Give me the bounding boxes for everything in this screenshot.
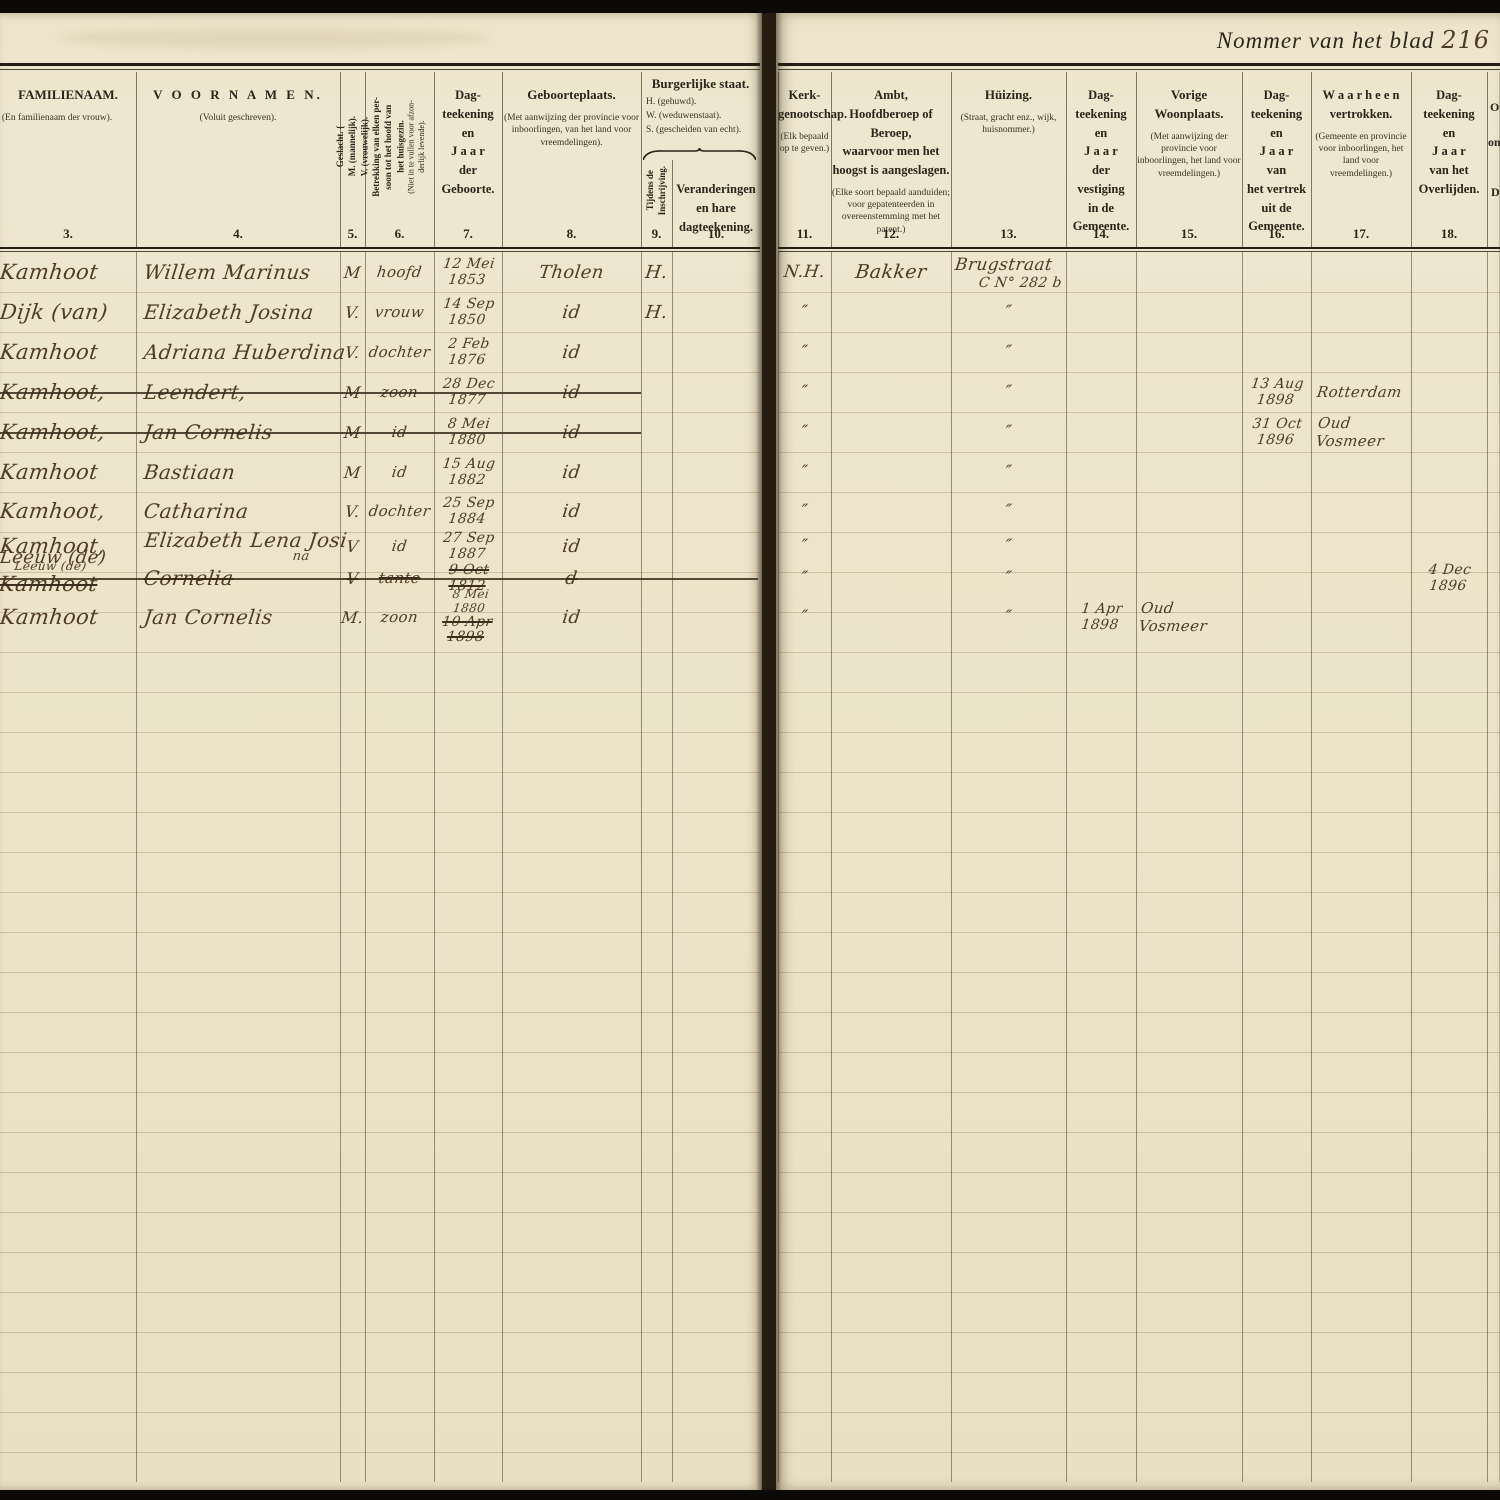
column-title-line: genootschap. <box>778 105 831 124</box>
column-subtitle: (Met aanwijzing der provincie voor inboo… <box>502 112 641 149</box>
column-header-12: Ambt,Hoofdberoep ofBeroep,waarvoor men h… <box>831 72 951 247</box>
column-title-line: Ambt, <box>831 86 951 105</box>
cell-r8-c7: 27 Sep 1887 <box>432 530 504 562</box>
header-top-rule2-right <box>778 69 1500 70</box>
entry-struck: Kamhoot <box>0 573 99 596</box>
cell-r2-c7: 14 Sep 1850 <box>432 292 505 332</box>
cell-r6-c8: id <box>500 452 644 492</box>
column-19-text: De <box>1491 185 1500 199</box>
cell-r2-c3: Dijk (van) <box>0 292 138 332</box>
entry-text: 27 Sep 1887 <box>432 530 504 562</box>
entry-correction: 8 Mei 1880 <box>434 588 505 614</box>
column-header-vtext: M. (mannelijk). <box>346 116 358 176</box>
strike-line-r9 <box>0 578 758 580</box>
column-number: 10. <box>672 226 760 242</box>
header-top-rule-right <box>778 63 1500 66</box>
entry-text: id <box>561 536 582 557</box>
cell-r10-c4: Jan Cornelis <box>133 594 351 640</box>
column-title-line: Veranderingen <box>672 180 760 199</box>
entry-text: 1 Apr 1898 <box>1064 601 1138 633</box>
entry-text: ″ <box>800 302 809 322</box>
entry-text: Dijk (van) <box>0 300 109 324</box>
column-title-line: der <box>434 161 502 180</box>
entry-line: Brugstraat <box>954 255 1065 275</box>
entry-text: 25 Sep 1884 <box>432 495 504 527</box>
header-bottom-rule-right <box>778 247 1500 249</box>
column-line-body-c12 <box>831 252 832 1482</box>
entry-text: Tholen <box>538 262 605 283</box>
page-number-label: Nommer van het blad <box>1217 28 1435 53</box>
entry-text: id <box>561 302 582 323</box>
column-title-line: en <box>1242 124 1311 143</box>
entry-text: Kamhoot <box>0 260 100 284</box>
entry-struck: 10 Apr 1898 <box>430 615 502 646</box>
column-number: 3. <box>0 226 136 242</box>
header-top-rule-left <box>0 63 760 66</box>
cell-r10-c8: id <box>499 594 644 640</box>
entry-text: N.H. <box>783 262 826 282</box>
column-title-line: in de <box>1066 199 1136 218</box>
entry-text: id <box>561 342 582 363</box>
cell-r3-c4: Adriana Huberdina <box>134 332 351 372</box>
entry-text: ″ <box>1004 302 1013 322</box>
column-title-line: W a a r h e e n <box>1311 86 1411 105</box>
column-title-line: teekening <box>1066 105 1136 124</box>
cell-r6-c11: ″ <box>776 452 834 492</box>
column-title: FAMILIENAAM. <box>0 86 136 105</box>
entry-text: ″ <box>1004 462 1013 482</box>
cell-r7-c8: id <box>500 492 644 530</box>
column-title-line: teekening <box>1242 105 1311 124</box>
group-header-burgerlijke-staat: Burgerlijke staat.H. (gehuwd).W. (weduwe… <box>641 72 760 160</box>
column-header-13: Hüizing.(Straat, gracht enz., wijk, huis… <box>951 72 1066 247</box>
column-subtitle: (Gemeente en provincie voor inboorlingen… <box>1311 131 1411 180</box>
cell-r6-c3: Kamhoot <box>0 452 138 492</box>
cell-r10-c6: zoon <box>362 594 437 640</box>
entry-text: zoon <box>380 608 419 626</box>
column-number: 4. <box>136 226 340 242</box>
entry-text: V. <box>344 502 361 521</box>
entry-text: Rotterdam <box>1316 383 1403 401</box>
entry-text: V <box>345 537 359 556</box>
cell-r2-c13: ″ <box>949 292 1069 332</box>
cell-r3-c7: 2 Feb 1876 <box>432 332 505 372</box>
row-rules-right <box>778 292 1500 1482</box>
cell-r2-c11: ″ <box>776 292 834 332</box>
entry-text: ″ <box>800 422 809 442</box>
column-header-8: Geboorteplaats.(Met aanwijzing der provi… <box>502 72 641 247</box>
cell-r10-c3: Kamhoot <box>0 594 139 640</box>
cell-r1-c11: N.H. <box>776 252 834 292</box>
entry-text: M <box>343 263 362 282</box>
cell-r2-c4: Elizabeth Josina <box>134 292 351 332</box>
entry-text: ″ <box>1004 422 1013 442</box>
column-header-6: Betrekking van elken per-soon tot het ho… <box>365 72 434 247</box>
cell-r3-c3: Kamhoot <box>0 332 138 372</box>
cell-r8-c6: id <box>363 530 436 562</box>
entry-text: Elizabeth Josina <box>143 300 316 324</box>
entry-text: id <box>391 537 408 555</box>
column-title-line: Kerk- <box>778 86 831 105</box>
cell-r1-c9: H. <box>639 252 675 292</box>
cell-r1-c8: Tholen <box>500 252 644 292</box>
column-number: 12. <box>831 226 951 242</box>
column-line-body-c19 <box>1487 252 1488 1482</box>
cell-r2-c9: H. <box>639 292 675 332</box>
cell-r7-c6: dochter <box>363 492 437 530</box>
ink-bleed-ghost <box>60 28 490 48</box>
column-header-16: Dag-teekeningenJ a a rvanhet vertrekuit … <box>1242 72 1311 247</box>
entry-text: ″ <box>1004 607 1013 627</box>
column-subtitle: (Straat, gracht enz., wijk, huisnommer.) <box>951 112 1066 137</box>
column-title-line: vertrokken. <box>1311 105 1411 124</box>
column-header-vnote: (Niet in te vullen voor afzon- <box>407 97 418 197</box>
column-19-text: omt <box>1488 135 1500 149</box>
column-number: 9. <box>641 226 672 242</box>
column-title-line: en hare <box>672 199 760 218</box>
column-number: 16. <box>1242 226 1311 242</box>
entry-text: 2 Feb 1876 <box>432 336 504 368</box>
entry-text: ″ <box>1004 501 1013 521</box>
header-top-rule2-left <box>0 69 760 70</box>
column-title-line: het vertrek <box>1242 180 1311 199</box>
column-subtitle: (Elk bepaald op te geven.) <box>778 131 831 156</box>
cell-r8-c11: ″ <box>776 530 833 562</box>
entry-text: Elizabeth Lena Josi <box>143 528 348 552</box>
entry-text: 13 Aug 1898 <box>1240 376 1313 408</box>
column-header-vtext: Inschrijving. <box>657 166 669 215</box>
cell-r6-c6: id <box>363 452 437 492</box>
column-header-vtext: Tijdens de <box>644 166 656 215</box>
column-header-vtext: Geslacht. { <box>334 116 346 176</box>
entry-text: Willem Marinus <box>143 260 312 284</box>
entry-replacement: Leeuw (de) <box>0 547 107 568</box>
entry-text: Oud Vosmeer <box>1315 414 1419 450</box>
cell-r5-c13: ″ <box>949 412 1069 452</box>
entry-text: ″ <box>1004 536 1013 556</box>
entry-text: ″ <box>800 536 809 556</box>
strike-line-r5 <box>0 432 641 434</box>
column-title-line: Dag- <box>1242 86 1311 105</box>
cell-r4-c13: ″ <box>949 372 1069 412</box>
column-subtitle: (Voluit geschreven). <box>136 112 340 124</box>
column-header-14: Dag-teekeningenJ a a rdervestigingin deG… <box>1066 72 1136 247</box>
entry-text: Kamhoot <box>0 460 100 484</box>
cell-r1-c13: BrugstraatC N° 282 b <box>948 252 1068 295</box>
column-title: Vorige Woonplaats. <box>1136 86 1242 124</box>
entry-text: 4 Dec 1896 <box>1409 562 1489 594</box>
column-header-vtext: soon tot het hoofd van <box>383 97 395 197</box>
cell-r6-c4: Bastiaan <box>134 452 351 492</box>
column-header-11: Kerk-genootschap.(Elk bepaald op te geve… <box>778 72 831 247</box>
column-title-line: Geboorte. <box>434 180 502 199</box>
cell-r3-c6: dochter <box>363 332 437 372</box>
entry-text: dochter <box>368 502 432 520</box>
entry-text: 14 Sep 1850 <box>432 296 504 328</box>
cell-r5-c16: 31 Oct 1896 <box>1240 412 1314 452</box>
entry-text: ″ <box>800 607 809 627</box>
entry-text: ″ <box>1004 382 1013 402</box>
column-title-line: van <box>1242 161 1311 180</box>
entry-text: Kamhoot, <box>0 499 107 523</box>
entry-text: ″ <box>800 501 809 521</box>
page-number-caption: Nommer van het blad 216 <box>1030 26 1490 54</box>
cell-r1-c12: Bakker <box>829 252 954 292</box>
entry-text: vrouw <box>374 303 425 321</box>
entry-text: id <box>561 462 582 483</box>
column-title-line: en <box>1066 124 1136 143</box>
cell-r3-c8: id <box>500 332 644 372</box>
column-number: 8. <box>502 226 641 242</box>
cell-r3-c11: ″ <box>776 332 834 372</box>
entry-text: id <box>561 607 582 628</box>
strike-line-r4 <box>0 392 641 394</box>
column-number: 14. <box>1066 226 1136 242</box>
entry-line: C N° 282 b <box>952 275 1063 291</box>
column-header-15: Vorige Woonplaats.(Met aanwijzing der pr… <box>1136 72 1242 247</box>
cell-r8-c13: ″ <box>949 530 1068 562</box>
entry-text: ″ <box>1004 342 1013 362</box>
entry-text: M. <box>340 608 365 627</box>
column-title: V O O R N A M E N. <box>136 86 340 105</box>
entry-text: Jan Cornelis <box>143 605 275 629</box>
cell-r2-c6: vrouw <box>363 292 437 332</box>
page-number-value: 216 <box>1441 26 1490 54</box>
group-brace <box>643 148 756 160</box>
column-header-4: V O O R N A M E N.(Voluit geschreven).4. <box>136 72 340 247</box>
column-header-19-fragment: De <box>1491 185 1500 200</box>
column-title-line: en <box>1411 124 1487 143</box>
cell-r1-c7: 12 Mei 1853 <box>432 252 505 292</box>
column-title-line: en <box>434 124 502 143</box>
entry-text: 15 Aug 1882 <box>432 456 504 488</box>
entry-text: Catharina <box>143 499 250 523</box>
cell-r10-c7: 8 Mei 188010 Apr 1898 <box>431 594 505 640</box>
column-title-line: hoogst is aangeslagen. <box>831 161 951 180</box>
entry-text: M <box>343 463 362 482</box>
entry-text: id <box>561 501 582 522</box>
column-line-body-c9 <box>641 252 642 1482</box>
column-title-line: uit de <box>1242 199 1311 218</box>
column-header-19-fragment: O <box>1490 100 1500 115</box>
column-number: 17. <box>1311 226 1411 242</box>
entry-text: ″ <box>800 462 809 482</box>
column-title-line: Dag- <box>1066 86 1136 105</box>
column-title-line: J a a r <box>1411 142 1487 161</box>
cell-r4-c16: 13 Aug 1898 <box>1240 372 1314 412</box>
column-title-line: Hoofdberoep of <box>831 105 951 124</box>
entry-text: ″ <box>1004 568 1013 588</box>
column-header-18: Dag-teekeningenJ a a rvan hetOverlijden.… <box>1411 72 1487 247</box>
entry-text: ″ <box>800 342 809 362</box>
column-number: 18. <box>1411 226 1487 242</box>
entry-text: ″ <box>800 382 809 402</box>
entry-text: Bakker <box>854 261 928 283</box>
entry-text: Bastiaan <box>143 460 237 484</box>
entry-text: 31 Oct 1896 <box>1240 416 1313 448</box>
entry-text: Kamhoot <box>0 340 100 364</box>
cell-r7-c7: 25 Sep 1884 <box>432 492 505 530</box>
column-title-line: Overlijden. <box>1411 180 1487 199</box>
entry-text: ″ <box>800 568 809 588</box>
cell-r2-c8: id <box>500 292 644 332</box>
column-title-line: Beroep, <box>831 124 951 143</box>
column-header-10: Veranderingenen haredagteekening.10. <box>672 160 760 247</box>
column-subtitle: (Met aanwijzing der provincie voor inboo… <box>1136 131 1242 180</box>
column-header-5: Geslacht. {M. (mannelijk).V. (vrouwelijk… <box>340 72 365 247</box>
column-title-line: J a a r <box>434 142 502 161</box>
column-header-vtext: Betrekking van elken per- <box>370 97 382 197</box>
cell-r7-c3: Kamhoot, <box>0 492 138 530</box>
cell-r9-c11: ″ <box>776 562 833 594</box>
column-title-line: Dag- <box>434 86 502 105</box>
column-title-line: J a a r <box>1066 142 1136 161</box>
entry-text: Oud Vosmeer <box>1138 599 1248 635</box>
cell-r8-c8: id <box>500 530 643 562</box>
cell-r10-c15: Oud Vosmeer <box>1133 594 1249 640</box>
cell-r10-c11: ″ <box>775 594 834 640</box>
cell-r9-c13: ″ <box>949 562 1068 594</box>
column-title-line: van het <box>1411 161 1487 180</box>
cell-r10-c13: ″ <box>948 594 1069 640</box>
column-header-3: FAMILIENAAM.(En familienaam der vrouw).3… <box>0 72 136 247</box>
column-line-body-c15 <box>1136 252 1137 1482</box>
column-title: Hüizing. <box>951 86 1066 105</box>
column-title-line: J a a r <box>1242 142 1311 161</box>
column-title-line: vestiging <box>1066 180 1136 199</box>
column-number: 5. <box>340 226 365 242</box>
entry-text: V. <box>344 303 361 322</box>
cell-r6-c13: ″ <box>949 452 1069 492</box>
column-header-9: Tijdens deInschrijving.9. <box>641 160 672 247</box>
group-key-line: S. (gescheiden van echt). <box>646 124 760 138</box>
cell-r5-c11: ″ <box>776 412 834 452</box>
cell-r7-c11: ″ <box>776 492 834 530</box>
register-scan: Nommer van het blad 216 FAMILIENAAM.(En … <box>0 0 1500 1500</box>
column-19-text: O <box>1490 100 1499 114</box>
cell-r9-c18: 4 Dec 1896 <box>1409 562 1489 594</box>
column-subtitle: (En familienaam der vrouw). <box>0 112 136 124</box>
column-number: 7. <box>434 226 502 242</box>
column-title-line: Dag- <box>1411 86 1487 105</box>
column-number: 11. <box>778 226 831 242</box>
cell-r6-c7: 15 Aug 1882 <box>432 452 505 492</box>
column-header-17: W a a r h e e nvertrokken.(Gemeente en p… <box>1311 72 1411 247</box>
column-header-7: Dag-teekeningenJ a a rderGeboorte.7. <box>434 72 502 247</box>
cell-r1-c6: hoofd <box>363 252 437 292</box>
group-key-line: H. (gehuwd). <box>646 96 760 110</box>
cell-r8-c4: Elizabeth Lena Josina <box>134 530 350 562</box>
column-header-vnote: derlijk levende). <box>418 97 429 197</box>
column-line-c19 <box>1487 72 1488 247</box>
column-header-vtext: het huisgezin. <box>395 97 407 197</box>
cell-r7-c13: ″ <box>949 492 1069 530</box>
column-number: 6. <box>365 226 434 242</box>
column-title-line: teekening <box>434 105 502 124</box>
entry-text: V. <box>344 343 361 362</box>
group-key-line: W. (weduwenstaat). <box>646 110 760 124</box>
group-title: Burgerlijke staat. <box>641 76 760 92</box>
column-title-line: der <box>1066 161 1136 180</box>
column-number: 13. <box>951 226 1066 242</box>
cell-r1-c3: Kamhoot <box>0 252 138 292</box>
entry-text: id <box>391 463 408 481</box>
entry-text: hoofd <box>376 263 423 281</box>
column-title-line: teekening <box>1411 105 1487 124</box>
cell-r4-c11: ″ <box>776 372 834 412</box>
column-line-body-c14 <box>1066 252 1067 1482</box>
cell-r4-c17: Rotterdam <box>1309 372 1420 412</box>
column-title-line: waarvoor men het <box>831 142 951 161</box>
header-bottom-rule-left <box>0 247 760 249</box>
column-line-body-c10 <box>672 252 673 1482</box>
entry-text: H. <box>644 262 669 283</box>
cell-r10-c14: 1 Apr 1898 <box>1063 594 1139 640</box>
entry-text: H. <box>644 302 669 323</box>
cell-r5-c17: Oud Vosmeer <box>1309 412 1420 452</box>
column-number: 15. <box>1136 226 1242 242</box>
column-title: Geboorteplaats. <box>502 86 641 105</box>
entry-text: Kamhoot <box>0 605 100 629</box>
entry-text: Adriana Huberdina <box>143 340 348 364</box>
entry-text: dochter <box>368 343 432 361</box>
cell-r1-c4: Willem Marinus <box>134 252 351 292</box>
column-header-19-fragment: omt <box>1488 135 1500 150</box>
entry-text: 12 Mei 1853 <box>432 256 504 288</box>
cell-r3-c13: ″ <box>949 332 1069 372</box>
cell-r7-c4: Catharina <box>134 492 351 530</box>
